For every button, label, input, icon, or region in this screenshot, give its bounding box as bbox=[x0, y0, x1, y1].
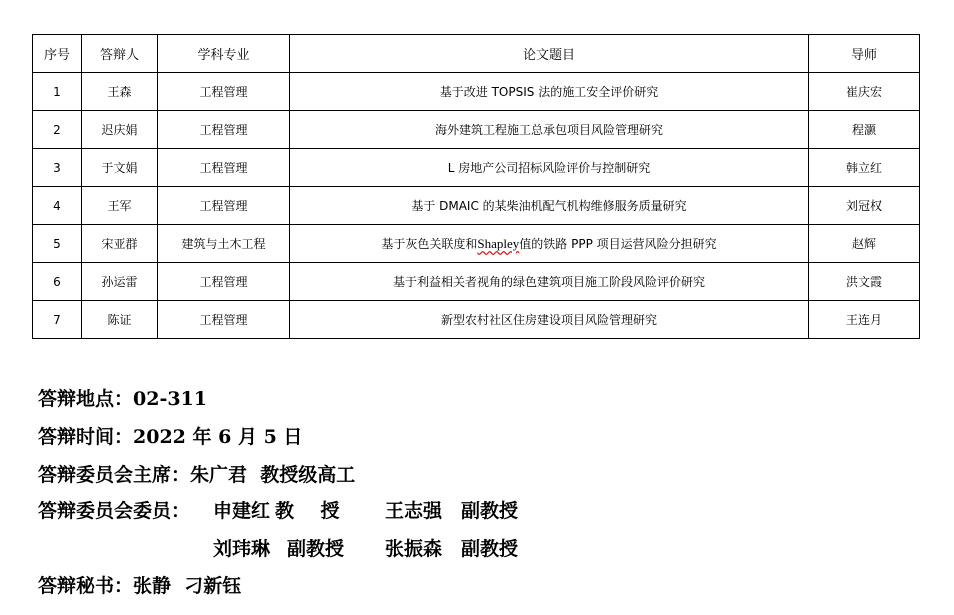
committee-members-line-1: 答辩委员会委员： 申建红 教 授 王志强 副教授 bbox=[38, 496, 638, 522]
header-advisor: 导师 bbox=[809, 35, 920, 73]
cell-defender: 陈证 bbox=[82, 301, 158, 339]
member-name: 刘玮琳 bbox=[213, 534, 270, 561]
title-part: 基于灰色关联度和 bbox=[381, 237, 477, 251]
cell-thesis-title: 基于 DMAIC 的某柴油机配气机构维修服务质量研究 bbox=[290, 187, 809, 225]
table-header-row: 序号 答辩人 学科专业 论文题目 导师 bbox=[33, 35, 920, 73]
defense-schedule-table: 序号 答辩人 学科专业 论文题目 导师 1 王森 工程管理 基于改进 TOPSI… bbox=[32, 34, 920, 339]
cell-major: 工程管理 bbox=[158, 149, 290, 187]
cell-number: 2 bbox=[33, 111, 82, 149]
table-row: 5 宋亚群 建筑与土木工程 基于灰色关联度和Shapley值的铁路 PPP 项目… bbox=[33, 225, 920, 263]
cell-thesis-title: 基于利益相关者视角的绿色建筑项目施工阶段风险评价研究 bbox=[290, 263, 809, 301]
member-name: 张振森 bbox=[385, 534, 442, 561]
cell-major: 工程管理 bbox=[158, 73, 290, 111]
cell-number: 1 bbox=[33, 73, 82, 111]
cell-major: 建筑与土木工程 bbox=[158, 225, 290, 263]
cell-advisor: 洪文霞 bbox=[809, 263, 920, 301]
table-row: 6 孙运雷 工程管理 基于利益相关者视角的绿色建筑项目施工阶段风险评价研究 洪文… bbox=[33, 263, 920, 301]
table-row: 7 陈证 工程管理 新型农村社区住房建设项目风险管理研究 王连月 bbox=[33, 301, 920, 339]
cell-defender: 孙运雷 bbox=[82, 263, 158, 301]
members-label: 答辩委员会委员： bbox=[38, 496, 190, 523]
defense-secretary-line: 答辩秘书：张静 刁新钰 bbox=[38, 571, 241, 598]
cell-major: 工程管理 bbox=[158, 111, 290, 149]
location-label: 答辩地点： bbox=[38, 384, 133, 411]
table-row: 2 迟庆娟 工程管理 海外建筑工程施工总承包项目风险管理研究 程灏 bbox=[33, 111, 920, 149]
table-row: 1 王森 工程管理 基于改进 TOPSIS 法的施工安全评价研究 崔庆宏 bbox=[33, 73, 920, 111]
committee-chair-line: 答辩委员会主席：朱广君 教授级高工 bbox=[38, 460, 355, 487]
member-rank: 副教授 bbox=[461, 496, 518, 523]
header-major: 学科专业 bbox=[158, 35, 290, 73]
cell-thesis-title: 新型农村社区住房建设项目风险管理研究 bbox=[290, 301, 809, 339]
cell-defender: 王军 bbox=[82, 187, 158, 225]
cell-number: 5 bbox=[33, 225, 82, 263]
cell-advisor: 王连月 bbox=[809, 301, 920, 339]
cell-thesis-title: 基于灰色关联度和Shapley值的铁路 PPP 项目运营风险分担研究 bbox=[290, 225, 809, 263]
time-label: 答辩时间： bbox=[38, 422, 133, 449]
spellcheck-flagged-word: Shapley bbox=[477, 236, 519, 251]
member-rank: 教 授 bbox=[275, 496, 339, 523]
title-part: 值的铁路 PPP 项目运营风险分担研究 bbox=[519, 237, 716, 251]
cell-advisor: 刘冠权 bbox=[809, 187, 920, 225]
secretary-label: 答辩秘书： bbox=[38, 571, 133, 598]
member-name: 王志强 bbox=[385, 496, 442, 523]
chair-value: 朱广君 教授级高工 bbox=[190, 460, 355, 487]
cell-number: 7 bbox=[33, 301, 82, 339]
location-value: 02-311 bbox=[133, 388, 207, 410]
cell-advisor: 崔庆宏 bbox=[809, 73, 920, 111]
cell-defender: 于文娟 bbox=[82, 149, 158, 187]
header-defender: 答辩人 bbox=[82, 35, 158, 73]
cell-advisor: 程灏 bbox=[809, 111, 920, 149]
table-row: 3 于文娟 工程管理 L 房地产公司招标风险评价与控制研究 韩立红 bbox=[33, 149, 920, 187]
cell-thesis-title: 海外建筑工程施工总承包项目风险管理研究 bbox=[290, 111, 809, 149]
member-rank: 副教授 bbox=[287, 534, 344, 561]
cell-advisor: 韩立红 bbox=[809, 149, 920, 187]
member-rank: 副教授 bbox=[461, 534, 518, 561]
defense-location-line: 答辩地点：02-311 bbox=[38, 384, 207, 411]
cell-number: 6 bbox=[33, 263, 82, 301]
cell-thesis-title: 基于改进 TOPSIS 法的施工安全评价研究 bbox=[290, 73, 809, 111]
committee-members-line-2: 刘玮琳 副教授 张振森 副教授 bbox=[38, 534, 638, 560]
cell-major: 工程管理 bbox=[158, 301, 290, 339]
header-thesis-title: 论文题目 bbox=[290, 35, 809, 73]
cell-defender: 王森 bbox=[82, 73, 158, 111]
cell-defender: 迟庆娟 bbox=[82, 111, 158, 149]
table-row: 4 王军 工程管理 基于 DMAIC 的某柴油机配气机构维修服务质量研究 刘冠权 bbox=[33, 187, 920, 225]
cell-number: 4 bbox=[33, 187, 82, 225]
secretary-value: 张静 刁新钰 bbox=[133, 571, 241, 598]
cell-number: 3 bbox=[33, 149, 82, 187]
cell-major: 工程管理 bbox=[158, 263, 290, 301]
defense-time-line: 答辩时间：2022 年 6 月 5 日 bbox=[38, 422, 302, 449]
cell-advisor: 赵辉 bbox=[809, 225, 920, 263]
cell-thesis-title: L 房地产公司招标风险评价与控制研究 bbox=[290, 149, 809, 187]
time-value: 2022 年 6 月 5 日 bbox=[133, 422, 302, 449]
member-name: 申建红 bbox=[213, 496, 270, 523]
header-number: 序号 bbox=[33, 35, 82, 73]
cell-defender: 宋亚群 bbox=[82, 225, 158, 263]
cell-major: 工程管理 bbox=[158, 187, 290, 225]
chair-label: 答辩委员会主席： bbox=[38, 460, 190, 487]
